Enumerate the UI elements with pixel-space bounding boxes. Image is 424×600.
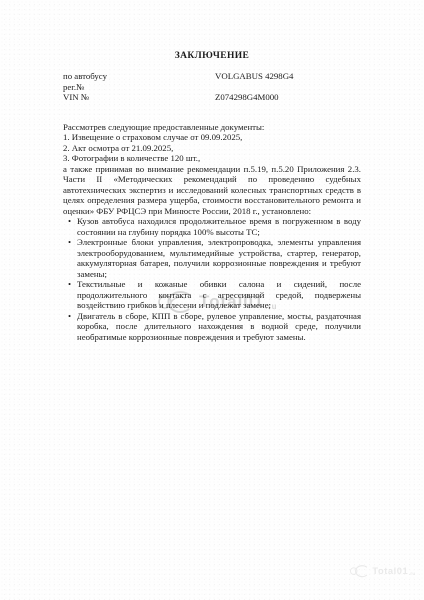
watermark-logo-icon <box>346 564 370 578</box>
list-item: Кузов автобуса находился продолжительное… <box>77 216 361 237</box>
watermark-suffix: .ru <box>409 571 415 576</box>
intro-line: Рассмотрев следующие предоставленные док… <box>63 122 361 133</box>
vehicle-info-row: по автобусу VOLGABUS 4298G4 <box>63 71 361 82</box>
reg-number-value <box>215 82 361 93</box>
bus-model-value: VOLGABUS 4298G4 <box>215 71 361 82</box>
list-item: Электронные блоки управления, электропро… <box>77 237 361 279</box>
bus-label: по автобусу <box>63 71 215 82</box>
document-body: Рассмотрев следующие предоставленные док… <box>63 122 361 343</box>
list-item: Фотографии в количестве 120 шт., <box>63 153 361 164</box>
watermark-bottom: Total01.ru <box>346 564 415 578</box>
list-item: Акт осмотра от 21.09.2025, <box>63 143 361 154</box>
document-title: ЗАКЛЮЧЕНИЕ <box>63 51 361 62</box>
document-page: Total01.ru Total01.ru ЗАКЛЮЧЕНИЕ по авто… <box>0 0 424 600</box>
watermark-text: Total01 <box>372 565 408 578</box>
vin-value: Z074298G4M000 <box>215 92 361 103</box>
vehicle-info-row: рег.№ <box>63 82 361 93</box>
reg-number-label: рег.№ <box>63 82 215 93</box>
findings-list: Кузов автобуса находился продолжительное… <box>63 216 361 342</box>
vehicle-info-row: VIN № Z074298G4M000 <box>63 92 361 103</box>
list-item: Извещение о страховом случае от 09.09.20… <box>63 132 361 143</box>
vehicle-info-block: по автобусу VOLGABUS 4298G4 рег.№ VIN № … <box>63 71 361 103</box>
vin-label: VIN № <box>63 92 215 103</box>
list-item: Двигатель в сборе, КПП в сборе, рулевое … <box>77 311 361 343</box>
documents-list: Извещение о страховом случае от 09.09.20… <box>63 132 361 164</box>
methodology-paragraph: а также принимая во внимание рекомендаци… <box>63 164 361 217</box>
list-item: Текстильные и кожаные обивки салона и си… <box>77 279 361 311</box>
